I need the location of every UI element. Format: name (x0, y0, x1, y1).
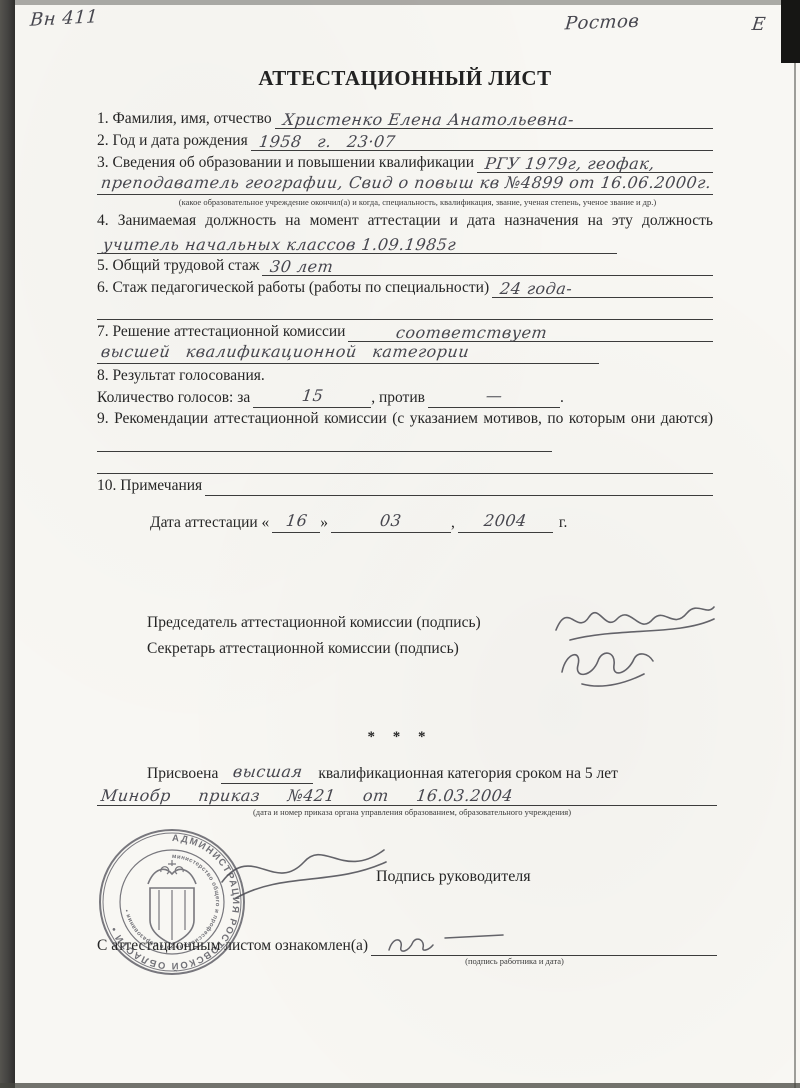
handwritten-note-top-left: Вн 411 (29, 6, 99, 31)
scan-edge-right (794, 0, 796, 1088)
attestation-date-comma: , (451, 513, 458, 533)
attestation-date-month: 03 (379, 511, 403, 531)
award-order-value: Минобр приказ №421 от 16.03.2004 (100, 786, 514, 806)
field-commission-decision: 7. Решение аттестационной комиссии соотв… (97, 320, 713, 342)
acknowledgement-caption: (подпись работника и дата) (397, 956, 632, 967)
employee-signature (379, 931, 509, 955)
field-education-value1: РГУ 1979г, геофак, (484, 154, 656, 174)
director-signature (212, 824, 392, 910)
votes-for-value: 15 (300, 386, 324, 406)
field-position-value: учитель начальных классов 1.09.1985г (102, 234, 458, 256)
field-recommendations-label: 9. Рекомендации аттестационной комиссии … (97, 410, 713, 427)
award-block: Присвоена высшая квалификационная катего… (97, 762, 717, 817)
field-vote-result-label: 8. Результат голосования. (97, 366, 268, 386)
acknowledgement-label: С аттестационным листом ознакомлен(а) (97, 936, 371, 956)
field-pedagogical-experience-value: 24 года- (499, 279, 574, 299)
field-birthdate-line: 1958 г. 23·07 (251, 129, 713, 151)
secretary-label: Секретарь аттестационной комиссии (подпи… (147, 636, 481, 662)
field-education-label: 3. Сведения об образовании и повышении к… (97, 153, 477, 173)
field-recommendations: 9. Рекомендации аттестационной комиссии … (97, 408, 713, 452)
field-education-value2: преподаватель географии, Свид о повыш кв… (100, 173, 713, 193)
award-category-line: высшая (221, 762, 313, 784)
separator-stars: * * * (0, 729, 800, 746)
attestation-date-year: 2004 (483, 511, 528, 531)
field-position-line: учитель начальных классов 1.09.1985г (97, 234, 617, 254)
field-birthdate-label: 2. Год и дата рождения (97, 131, 251, 151)
field-notes: 10. Примечания (97, 474, 713, 496)
field-vote-counts: Количество голосов: за 15 , против — . (97, 386, 713, 408)
attestation-date-close-quote: » (320, 513, 331, 533)
field-notes-line (205, 474, 713, 496)
votes-for-line: 15 (253, 386, 371, 408)
field-notes-label: 10. Примечания (97, 476, 205, 496)
field-position: 4. Занимаемая должность на момент аттест… (97, 210, 713, 254)
blank-line-1 (97, 298, 713, 320)
acknowledgement-line (371, 934, 717, 956)
scan-edge-top (0, 0, 800, 5)
field-education-line1: РГУ 1979г, геофак, (477, 151, 713, 173)
attestation-date-year-line: 2004 (458, 511, 553, 533)
field-fullname-line: Христенко Елена Анатольевна- (275, 107, 713, 129)
field-education: 3. Сведения об образовании и повышении к… (97, 151, 713, 173)
director-signature-label: Подпись руководителя (376, 868, 531, 886)
field-position-label: 4. Занимаемая должность на момент аттест… (97, 212, 713, 229)
votes-for-label: Количество голосов: за (97, 388, 253, 408)
acknowledgement-row: С аттестационным листом ознакомлен(а) (97, 934, 717, 956)
attestation-date-suffix: г. (553, 513, 570, 533)
field-commission-decision-label: 7. Решение аттестационной комиссии (97, 322, 348, 342)
field-fullname-value: Христенко Елена Анатольевна- (281, 110, 574, 130)
award-prefix: Присвоена (147, 764, 221, 784)
award-category-value: высшая (231, 762, 303, 782)
field-pedagogical-experience-line: 24 года- (492, 276, 713, 298)
award-caption: (дата и номер приказа органа управления … (167, 807, 657, 817)
field-total-experience: 5. Общий трудовой стаж 30 лет (97, 254, 713, 276)
field-commission-decision-value1: соответствует (395, 323, 549, 343)
attestation-date-day: 16 (284, 511, 308, 531)
field-education-caption: (какое образовательное учреждение окончи… (152, 197, 683, 207)
field-commission-decision-value2: высшей квалификационной категории (100, 342, 471, 362)
officials-block: Председатель аттестационной комиссии (по… (147, 610, 481, 662)
blank-line-2 (97, 452, 713, 474)
votes-against-line: — (428, 386, 560, 408)
attestation-date-month-line: 03 (331, 511, 451, 533)
field-pedagogical-experience-label: 6. Стаж педагогической работы (работы по… (97, 278, 492, 298)
attestation-date-prefix: Дата аттестации « (150, 513, 272, 533)
field-total-experience-label: 5. Общий трудовой стаж (97, 256, 262, 276)
field-education-line2: преподаватель географии, Свид о повыш кв… (97, 173, 713, 195)
attestation-date-day-line: 16 (272, 511, 320, 533)
scanned-document-page: Вн 411 Ростов Е АТТЕСТАЦИОННЫЙ ЛИСТ 1. Ф… (0, 0, 800, 1088)
page-title: АТТЕСТАЦИОННЫЙ ЛИСТ (97, 66, 713, 91)
field-total-experience-value: 30 лет (269, 257, 335, 277)
stamp-coat-of-arms (148, 860, 196, 944)
field-vote-result: 8. Результат голосования. (97, 364, 713, 386)
field-birthdate-value: 1958 г. 23·07 (258, 132, 397, 152)
votes-against-label: , против (371, 388, 428, 408)
award-order-line: Минобр приказ №421 от 16.03.2004 (97, 784, 717, 806)
chairman-signature (550, 586, 718, 648)
acknowledgement-block: С аттестационным листом ознакомлен(а) (п… (97, 934, 717, 967)
votes-against-value: — (484, 386, 503, 406)
field-fullname-label: 1. Фамилия, имя, отчество (97, 109, 275, 129)
award-row: Присвоена высшая квалификационная катего… (97, 762, 717, 784)
votes-period: . (560, 388, 567, 408)
field-recommendations-line (97, 432, 552, 452)
scan-corner-top-right (781, 0, 800, 63)
handwritten-note-corner: Е (751, 14, 767, 35)
handwritten-note-top-right: Ростов (564, 11, 640, 35)
scan-edge-left (0, 0, 15, 1088)
field-total-experience-line: 30 лет (262, 254, 713, 276)
award-suffix: квалификационная категория сроком на 5 л… (313, 764, 621, 784)
field-commission-decision-line1: соответствует (348, 320, 713, 342)
secretary-signature (556, 640, 678, 692)
attestation-form: АТТЕСТАЦИОННЫЙ ЛИСТ 1. Фамилия, имя, отч… (97, 66, 713, 533)
field-fullname: 1. Фамилия, имя, отчество Христенко Елен… (97, 107, 713, 129)
field-pedagogical-experience: 6. Стаж педагогической работы (работы по… (97, 276, 713, 298)
attestation-date-row: Дата аттестации « 16 » 03 , 2004 г. (97, 511, 713, 533)
scan-edge-bottom (0, 1083, 800, 1088)
chairman-label: Председатель аттестационной комиссии (по… (147, 610, 481, 636)
field-birthdate: 2. Год и дата рождения 1958 г. 23·07 (97, 129, 713, 151)
field-commission-decision-line2: высшей квалификационной категории (97, 342, 599, 364)
